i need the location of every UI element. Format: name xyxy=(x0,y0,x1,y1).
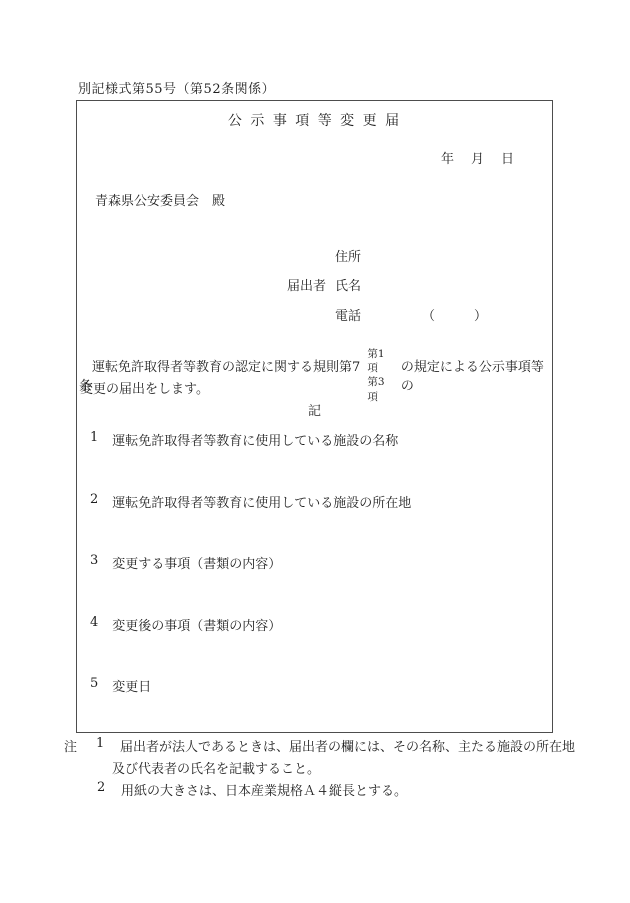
applicant-label: 届出者 xyxy=(287,275,326,294)
document-page: 別記様式第55号（第52条関係） 公 示 事 項 等 変 更 届 年 月 日 青… xyxy=(0,0,630,903)
note-text: 届出者が法人であるときは、届出者の欄には、その名称、主たる施設の所在地 xyxy=(120,736,575,755)
note-label: 注 xyxy=(64,736,77,755)
item-number: 5 xyxy=(90,676,98,695)
clause-top: 第1項 xyxy=(367,347,393,375)
list-item: 1 運転免許取得者等教育に使用している施設の名称 xyxy=(90,430,398,449)
phone-parens: （ ） xyxy=(422,305,487,324)
list-item: 4 変更後の事項（書類の内容） xyxy=(90,615,281,634)
note-number: 1 xyxy=(96,736,104,751)
form-title: 公 示 事 項 等 変 更 届 xyxy=(77,110,552,130)
body-line1-post: の規定による公示事項等の xyxy=(401,356,550,394)
clause-stack: 第1項 第3項 xyxy=(367,347,393,404)
phone-label: 電話 xyxy=(335,305,361,324)
ki-heading: 記 xyxy=(77,400,552,419)
item-number: 1 xyxy=(90,430,98,449)
note-text: 用紙の大きさは、日本産業規格Ａ４縦長とする。 xyxy=(121,780,407,799)
addressee: 青森県公安委員会 殿 xyxy=(95,190,225,209)
note-text: 及び代表者の氏名を記載すること。 xyxy=(112,758,320,777)
note-number: 2 xyxy=(97,780,105,795)
item-number: 3 xyxy=(90,553,98,572)
item-number: 4 xyxy=(90,615,98,634)
list-item: 3 変更する事項（書類の内容） xyxy=(90,553,281,572)
list-item: 2 運転免許取得者等教育に使用している施設の所在地 xyxy=(90,492,411,511)
form-box: 公 示 事 項 等 変 更 届 年 月 日 青森県公安委員会 殿 届出者 住所 … xyxy=(76,100,553,733)
date-line: 年 月 日 xyxy=(441,148,516,167)
item-text: 変更後の事項（書類の内容） xyxy=(112,615,281,634)
item-text: 運転免許取得者等教育に使用している施設の名称 xyxy=(112,430,398,449)
item-text: 運転免許取得者等教育に使用している施設の所在地 xyxy=(112,492,411,511)
form-number: 別記様式第55号（第52条関係） xyxy=(78,78,275,97)
item-text: 変更する事項（書類の内容） xyxy=(112,553,281,572)
item-text: 変更日 xyxy=(112,676,151,695)
list-item: 5 変更日 xyxy=(90,676,151,695)
item-number: 2 xyxy=(90,492,98,511)
body-paragraph-line-2: 変更の届出をします。 xyxy=(80,378,209,397)
name-label: 氏名 xyxy=(335,275,361,294)
address-label: 住所 xyxy=(335,246,361,265)
